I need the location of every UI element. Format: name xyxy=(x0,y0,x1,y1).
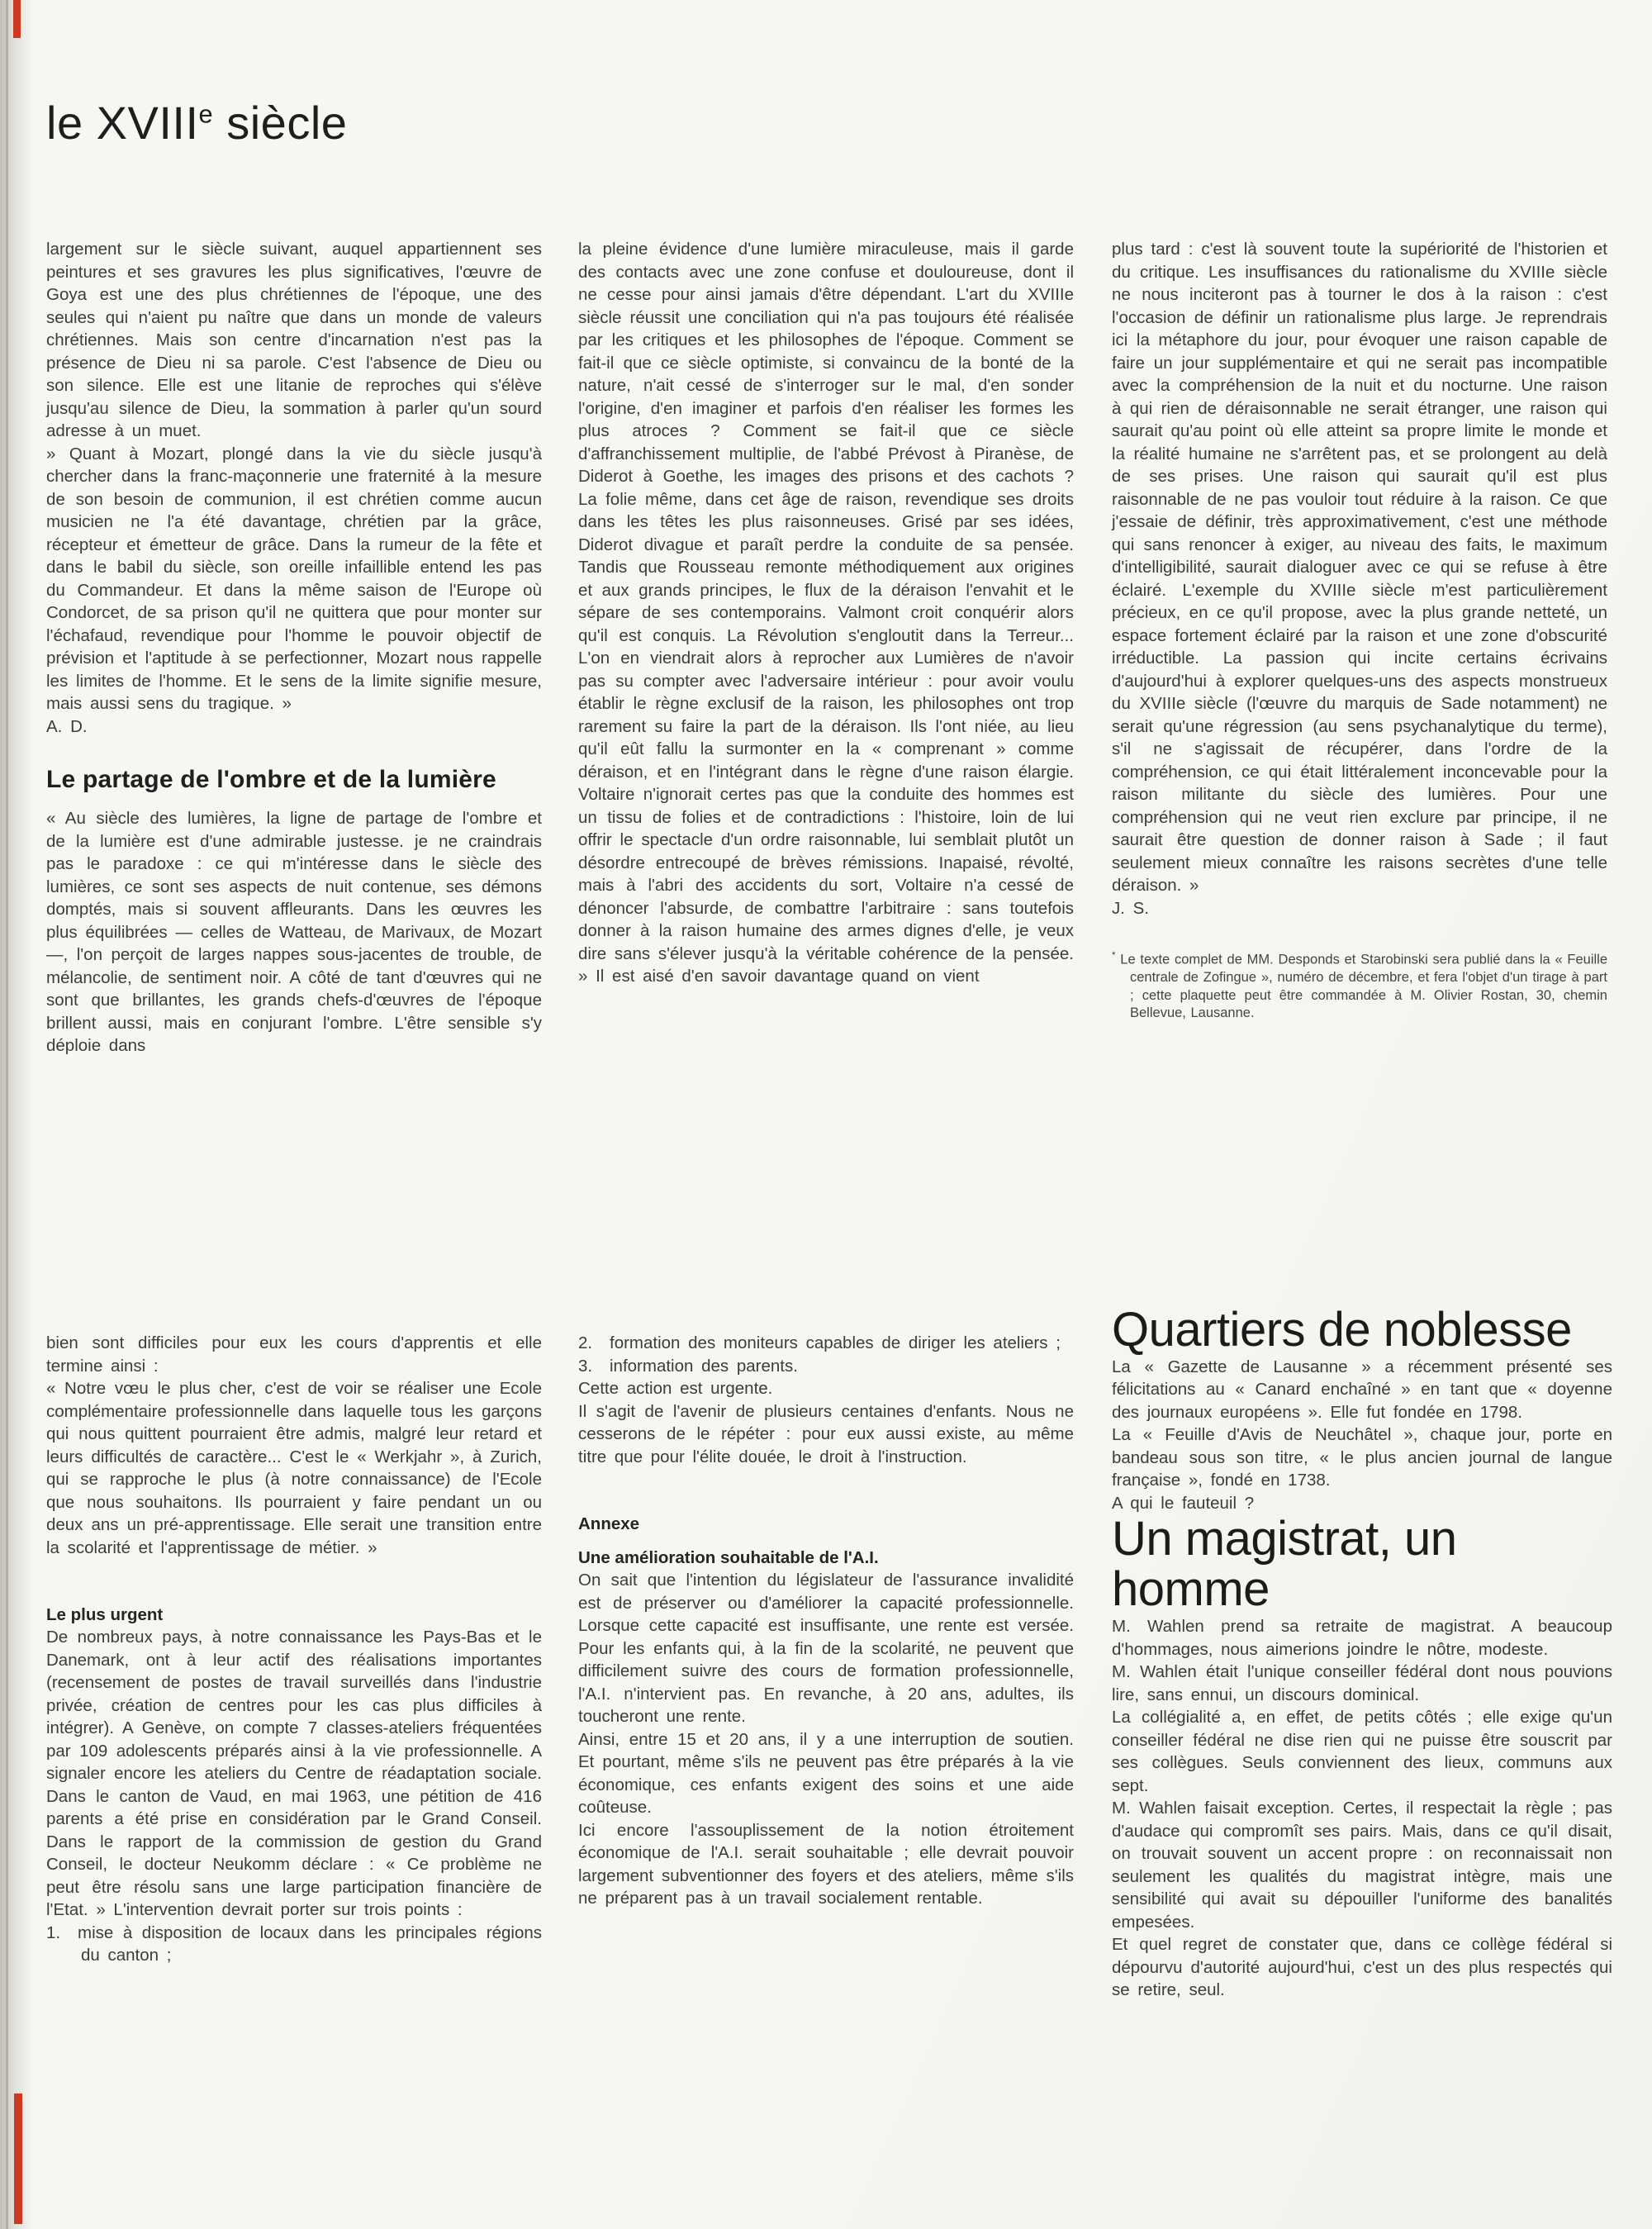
page-title-superscript: e xyxy=(199,99,214,128)
bottom-column-1: bien sont difficiles pour eux les cours … xyxy=(46,1332,542,1967)
list-item-3-text: information des parents. xyxy=(610,1357,798,1376)
footnote: * Le texte complet de MM. Desponds et St… xyxy=(1112,948,1607,1023)
page-title: le XVIIIe siècle xyxy=(46,96,347,150)
paragraph-wahlen-1: M. Wahlen prend sa retraite de magistrat… xyxy=(1112,1615,1612,1661)
paragraph-pays: De nombreux pays, à notre connaissance l… xyxy=(46,1626,542,1922)
paragraph-wahlen-5: Et quel regret de constater que, dans ce… xyxy=(1112,1933,1612,2002)
newspaper-page: le XVIIIe siècle largement sur le siècle… xyxy=(0,0,1652,2229)
top-column-1: largement sur le siècle suivant, auquel … xyxy=(46,238,542,1057)
top-column-3: plus tard : c'est là souvent toute la su… xyxy=(1112,238,1607,1036)
paragraph-wahlen-2: M. Wahlen était l'unique conseiller fédé… xyxy=(1112,1661,1612,1706)
heading-un-magistrat: Un magistrat, un homme xyxy=(1112,1514,1612,1615)
heading-plus-urgent: Le plus urgent xyxy=(46,1604,542,1626)
paragraph-feuille-avis: La « Feuille d'Avis de Neuchâtel », chaq… xyxy=(1112,1423,1612,1492)
paragraph-ai-2: Ainsi, entre 15 et 20 ans, il y a une in… xyxy=(578,1728,1074,1819)
signature-ad: A. D. xyxy=(46,715,542,739)
page-title-prefix: le XVIII xyxy=(46,97,199,149)
footnote-text: Le texte complet de MM. Desponds et Star… xyxy=(1120,953,1607,1021)
scan-edge-shadow xyxy=(0,0,33,2229)
page-title-suffix: siècle xyxy=(213,97,347,149)
list-item-2-number: 2. xyxy=(578,1332,610,1355)
heading-quartiers-noblesse: Quartiers de noblesse xyxy=(1112,1305,1612,1356)
red-registration-mark-top xyxy=(13,0,21,38)
paragraph-wahlen-4: M. Wahlen faisait exception. Certes, il … xyxy=(1112,1797,1612,1933)
heading-annexe: Annexe xyxy=(578,1513,1074,1535)
paragraph-goya: largement sur le siècle suivant, auquel … xyxy=(46,238,542,443)
paragraph-apprentis: bien sont difficiles pour eux les cours … xyxy=(46,1332,542,1377)
list-item-1-text: mise à disposition de locaux dans les pr… xyxy=(78,1923,542,1965)
list-item-1-number: 1. xyxy=(46,1922,78,1945)
bottom-column-2: 2.formation des moniteurs capables de di… xyxy=(578,1332,1074,1910)
paragraph-wahlen-3: La collégialité a, en effet, de petits c… xyxy=(1112,1706,1612,1797)
paragraph-partage: « Au siècle des lumières, la ligne de pa… xyxy=(46,807,542,1057)
list-item-2: 2.formation des moniteurs capables de di… xyxy=(578,1332,1074,1355)
section-heading-partage: Le partage de l'ombre et de la lumière xyxy=(46,766,542,794)
paragraph-gazette: La « Gazette de Lausanne » a récemment p… xyxy=(1112,1356,1612,1424)
paragraph-avenir: Il s'agit de l'avenir de plusieurs centa… xyxy=(578,1400,1074,1469)
paragraph-ai-3: Ici encore l'assouplissement de la notio… xyxy=(578,1819,1074,1910)
paragraph-fauteuil: A qui le fauteuil ? xyxy=(1112,1492,1612,1515)
list-item-3-number: 3. xyxy=(578,1355,610,1378)
paragraph-ai-1: On sait que l'intention du législateur d… xyxy=(578,1569,1074,1728)
paragraph-mozart: » Quant à Mozart, plongé dans la vie du … xyxy=(46,443,542,715)
paragraph-raison: plus tard : c'est là souvent toute la su… xyxy=(1112,238,1607,897)
red-registration-mark-bottom xyxy=(14,2094,22,2224)
paragraph-voeu: « Notre vœu le plus cher, c'est de voir … xyxy=(46,1377,542,1559)
list-item-1: 1.mise à disposition de locaux dans les … xyxy=(46,1922,542,1967)
paragraph-urgente: Cette action est urgente. xyxy=(578,1377,1074,1400)
bottom-column-3: Quartiers de noblesse La « Gazette de La… xyxy=(1112,1305,1612,2002)
list-item-3: 3.information des parents. xyxy=(578,1355,1074,1378)
heading-amelioration-ai: Une amélioration souhaitable de l'A.I. xyxy=(578,1547,1074,1569)
list-item-2-text: formation des moniteurs capables de diri… xyxy=(610,1333,1061,1352)
top-column-2: la pleine évidence d'une lumière miracul… xyxy=(578,238,1074,988)
signature-js: J. S. xyxy=(1112,897,1607,920)
paragraph-lumiere: la pleine évidence d'une lumière miracul… xyxy=(578,238,1074,965)
footnote-marker: * xyxy=(1112,951,1116,961)
paragraph-aise: » Il est aisé d'en savoir davantage quan… xyxy=(578,965,1074,988)
scan-edge-line xyxy=(6,0,8,2229)
